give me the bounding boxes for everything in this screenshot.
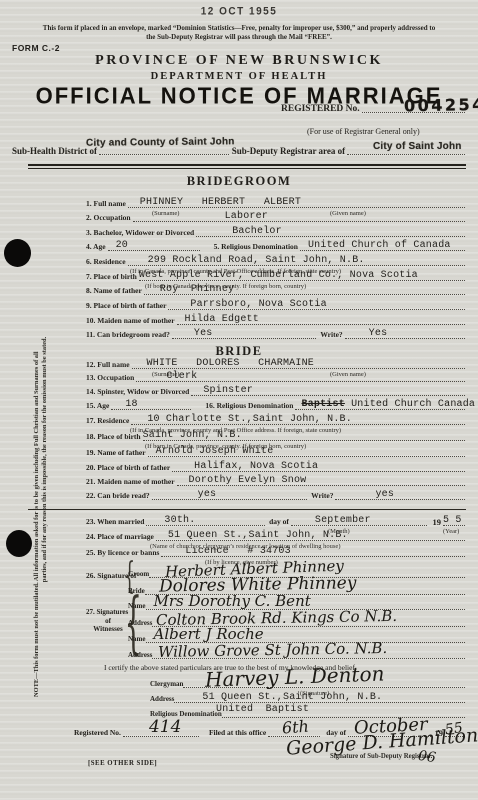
field-27-label-line1: 27. Signatures [86, 608, 130, 617]
witness-row: Address Willow Grove St John Co. N.B. [128, 643, 465, 659]
field-9-line: Parrsboro, Nova Scotia [168, 300, 465, 310]
field-18-birthplace: 18. Place of birth Saint John, N.B. [86, 427, 465, 441]
field-9-father-birthplace: 9. Place of birth of father Parrsboro, N… [86, 296, 465, 310]
filed-label: Filed at this office [199, 729, 268, 737]
field-10-mother: 10. Maiden name of mother Hilda Edgett [86, 311, 465, 325]
footer-registered-label: Registered No. [74, 729, 123, 737]
field-3-value: Bachelor [196, 227, 282, 237]
field-23-year-prefix: 19 [427, 518, 444, 526]
section-rule [28, 509, 466, 510]
field-20-father-birthplace: 20. Place of birth of father Halifax, No… [86, 458, 465, 472]
field-23-year-value: 5 5 [443, 516, 462, 526]
date-stamp: 12 OCT 1955 [0, 5, 478, 17]
double-rule [28, 164, 466, 169]
margin-note-line1: NOTE—This form must not be mutilated. Al… [33, 222, 41, 697]
margin-note: NOTE—This form must not be mutilated. Al… [33, 222, 51, 697]
registered-number-label: REGISTERED No. [281, 105, 362, 113]
filed-day: 6th [268, 719, 310, 738]
field-11-label: 11. Can bridegroom read? [86, 331, 172, 339]
field-3-label: 3. Bachelor, Widower or Divorced [86, 229, 196, 237]
field-14-line: Spinster [191, 386, 465, 396]
field-5-label: 5. Religious Denomination [200, 243, 300, 251]
field-22-line: yes [152, 490, 307, 500]
field-14-label: 14. Spinster, Widow or Divorced [86, 388, 191, 396]
hole-punch [4, 239, 31, 267]
field-6-label: 6. Residence [86, 258, 128, 266]
field-21-label: 21. Maiden name of mother [86, 478, 177, 486]
field-8-father: 8. Name of father Roy Phinney [86, 281, 465, 295]
field-23-month-value: September [291, 516, 371, 526]
field-22-value: yes [152, 490, 217, 500]
mail-notice-line2: the Sub-Deputy Registrar will pass throu… [10, 33, 468, 42]
field-19-father: 19. Name of father Arnold Joseph White [86, 443, 465, 457]
field-20-line: Halifax, Nova Scotia [172, 462, 465, 472]
province-heading: PROVINCE OF NEW BRUNSWICK [0, 53, 478, 69]
field-15-value: 18 [111, 400, 137, 410]
field-7-line: West Apple River, Cumberland Co., Nova S… [139, 271, 465, 281]
witness-name-label: Name [128, 635, 146, 644]
field-16-label: 16. Religious Denomination [191, 402, 295, 410]
district-row: Sub-Health District of Sub-Deputy Regist… [12, 141, 465, 155]
field-19-value: Arnold Joseph White [148, 447, 274, 457]
field-20-label: 20. Place of birth of father [86, 464, 172, 472]
witness-address: Willow Grove St John Co. N.B. [152, 641, 387, 660]
mail-notice: This form if placed in an envelope, mark… [10, 24, 468, 42]
field-27-label-line2: of [86, 617, 130, 626]
district-line [99, 154, 229, 155]
field-9-label: 9. Place of birth of father [86, 302, 168, 310]
field-24-value: 51 Queen St.,Saint John, N.B. [156, 531, 348, 541]
field-22-write-value: yes [335, 490, 394, 500]
footer-registered-number: 414 [123, 719, 181, 736]
field-22-write-label: Write? [307, 492, 335, 500]
field-8-label: 8. Name of father [86, 287, 144, 295]
field-14-status: 14. Spinster, Widow or Divorced Spinster [86, 382, 465, 396]
field-21-line: Dorothy Evelyn Snow [177, 476, 465, 486]
field-18-value: Saint John, N.B. [143, 431, 242, 441]
field-16-value: Baptist United Church Canada [295, 400, 475, 410]
field-11-value: Yes [172, 329, 213, 339]
field-11-write-value: Yes [345, 329, 388, 339]
margin-note-text: NOTE—This form must not be mutilated. Al… [33, 222, 49, 697]
filed-day-line: 6th [268, 720, 320, 737]
field-8-line: Roy Phinney [144, 285, 465, 295]
see-other-side-note: [SEE OTHER SIDE] [88, 760, 157, 767]
field-24-place-of-marriage: 24. Place of marriage 51 Queen St.,Saint… [86, 527, 465, 541]
field-15-line: 18 [111, 400, 191, 410]
field-4-5-age-religion: 4. Age 20 5. Religious Denomination Unit… [86, 237, 465, 251]
field-7-value: West Apple River, Cumberland Co., Nova S… [139, 271, 418, 281]
field-11-literacy: 11. Can bridegroom read? Yes Write? Yes [86, 325, 465, 339]
field-7-birthplace: 7. Place of birth West Apple River, Cumb… [86, 267, 465, 281]
field-10-label: 10. Maiden name of mother [86, 317, 177, 325]
field-25-line: Licence # 34703 [161, 547, 465, 557]
field-18-line: Saint John, N.B. [143, 431, 465, 441]
field-6-line: 299 Rockland Road, Saint John, N.B. [128, 256, 465, 266]
area-label: Sub-Deputy Registrar area of [229, 147, 347, 155]
field-1-full-name: 1. Full name PHINNEY HERBERT ALBERT [86, 194, 465, 208]
field-11-write-label: Write? [316, 331, 344, 339]
field-23-day-line: 30th. [146, 516, 265, 526]
hole-punch [6, 530, 32, 557]
field-21-value: Dorothy Evelyn Snow [177, 476, 307, 486]
registered-number-stamp: 004254 [362, 95, 478, 116]
field-6-value: 299 Rockland Road, Saint John, N.B. [128, 256, 365, 266]
mail-notice-line1: This form if placed in an envelope, mark… [10, 24, 468, 33]
field-6-residence: 6. Residence 299 Rockland Road, Saint Jo… [86, 252, 465, 266]
field-13-label: 13. Occupation [86, 374, 136, 382]
field-27-label-line3: Witnesses [86, 625, 130, 634]
field-15-16-age-religion: 15. Age 18 16. Religious Denomination Ba… [86, 396, 465, 410]
registered-number-row: REGISTERED No. 004254 [281, 99, 465, 113]
field-4-value: 20 [108, 241, 128, 251]
field-21-mother: 21. Maiden name of mother Dorothy Evelyn… [86, 472, 465, 486]
field-3-line: Bachelor [196, 227, 465, 237]
field-2-occupation: 2. Occupation Laborer [86, 208, 465, 222]
field-10-line: Hilda Edgett [177, 315, 465, 325]
field-1-label: 1. Full name [86, 200, 128, 208]
field-5-line: United Church of Canada [300, 241, 465, 251]
clergyman-row: Clergyman Harvey L. Denton [150, 672, 465, 688]
clerk-mark: 06 [417, 749, 437, 765]
bridegroom-heading: BRIDEGROOM [0, 174, 478, 189]
margin-note-line2: parties, and if for any reason this is i… [41, 222, 49, 697]
field-9-value: Parrsboro, Nova Scotia [168, 300, 326, 310]
field-22-label: 22. Can bride read? [86, 492, 152, 500]
field-13-line: Clerk [136, 372, 465, 382]
form-number: FORM C.-2 [12, 43, 60, 53]
witness-address-label: Address [128, 651, 152, 660]
field-19-label: 19. Name of father [86, 449, 148, 457]
field-11-line: Yes [172, 329, 316, 339]
witness-name: Albert J Roche [146, 627, 264, 642]
field-13-value: Clerk [136, 372, 197, 382]
field-18-label: 18. Place of birth [86, 433, 143, 441]
field-4-line: 20 [108, 241, 200, 251]
field-16-line: Baptist United Church Canada [295, 400, 465, 410]
field-2-line: Laborer [133, 212, 465, 222]
registered-number-line: 004254 [362, 96, 465, 113]
field-20-value: Halifax, Nova Scotia [172, 462, 318, 472]
field-23-when-married: 23. When married 30th. day of September … [86, 512, 465, 526]
field-17-value: 10 Charlotte St.,Saint John, N.B. [131, 415, 352, 425]
field-1-line: PHINNEY HERBERT ALBERT [128, 198, 465, 208]
field-17-line: 10 Charlotte St.,Saint John, N.B. [131, 415, 465, 425]
witness-row: Name Mrs Dorothy C. Bent [128, 594, 465, 610]
field-11-write-line: Yes [345, 329, 465, 339]
clergyman-address-row: Address 51 Queen St.,Saint John, N.B. [150, 687, 465, 703]
area-line [347, 154, 465, 155]
field-7-label: 7. Place of birth [86, 273, 139, 281]
field-23-month-line: September [291, 516, 427, 526]
clergyman-line: Harvey L. Denton [183, 667, 465, 688]
field-23-day-value: 30th. [146, 516, 195, 526]
field-23-year-line: 5 5 [443, 516, 465, 526]
witness-address-label: Address [128, 619, 152, 628]
field-17-residence: 17. Residence 10 Charlotte St.,Saint Joh… [86, 411, 465, 425]
field-22-write-line: yes [335, 490, 465, 500]
registrar-general-note: (For use of Registrar General only) [307, 127, 420, 136]
field-19-line: Arnold Joseph White [148, 447, 465, 457]
field-23-dayof-label: day of [265, 518, 291, 526]
field-25-value: Licence # 34703 [161, 547, 290, 557]
witness-name-label: Name [128, 602, 146, 611]
field-24-label: 24. Place of marriage [86, 533, 156, 541]
witness-line: Willow Grove St John Co. N.B. [152, 643, 465, 659]
field-2-label: 2. Occupation [86, 214, 133, 222]
field-8-value: Roy Phinney [144, 285, 234, 295]
field-13-occupation: 13. Occupation Clerk [86, 368, 465, 382]
field-1-value: PHINNEY HERBERT ALBERT [128, 198, 301, 208]
field-22-literacy: 22. Can bride read? yes Write? yes [86, 486, 465, 500]
field-16-struck-value: Baptist [301, 399, 344, 410]
field-27-label: 27. Signatures of Witnesses [86, 608, 130, 634]
field-15-label: 15. Age [86, 402, 111, 410]
field-5-value: United Church of Canada [300, 241, 451, 251]
witness-name: Mrs Dorothy C. Bent [146, 594, 311, 609]
footer-registered-line: 414 [123, 719, 199, 737]
field-24-line: 51 Queen St.,Saint John, N.B. [156, 531, 465, 541]
field-23-label: 23. When married [86, 518, 146, 526]
field-12-full-name: 12. Full name WHITE DOLORES CHARMAINE [86, 355, 465, 369]
field-3-status: 3. Bachelor, Widower or Divorced Bachelo… [86, 223, 465, 237]
marriage-notice-document: 12 OCT 1955 This form if placed in an en… [0, 0, 478, 800]
field-4-label: 4. Age [86, 243, 108, 251]
field-17-label: 17. Residence [86, 417, 131, 425]
field-25-licence: 25. By licence or banns Licence # 34703 [86, 543, 465, 557]
field-10-value: Hilda Edgett [177, 315, 259, 325]
field-14-value: Spinster [191, 386, 253, 396]
field-2-value: Laborer [133, 212, 268, 222]
department-heading: DEPARTMENT OF HEALTH [0, 71, 478, 82]
district-label: Sub-Health District of [12, 147, 99, 155]
